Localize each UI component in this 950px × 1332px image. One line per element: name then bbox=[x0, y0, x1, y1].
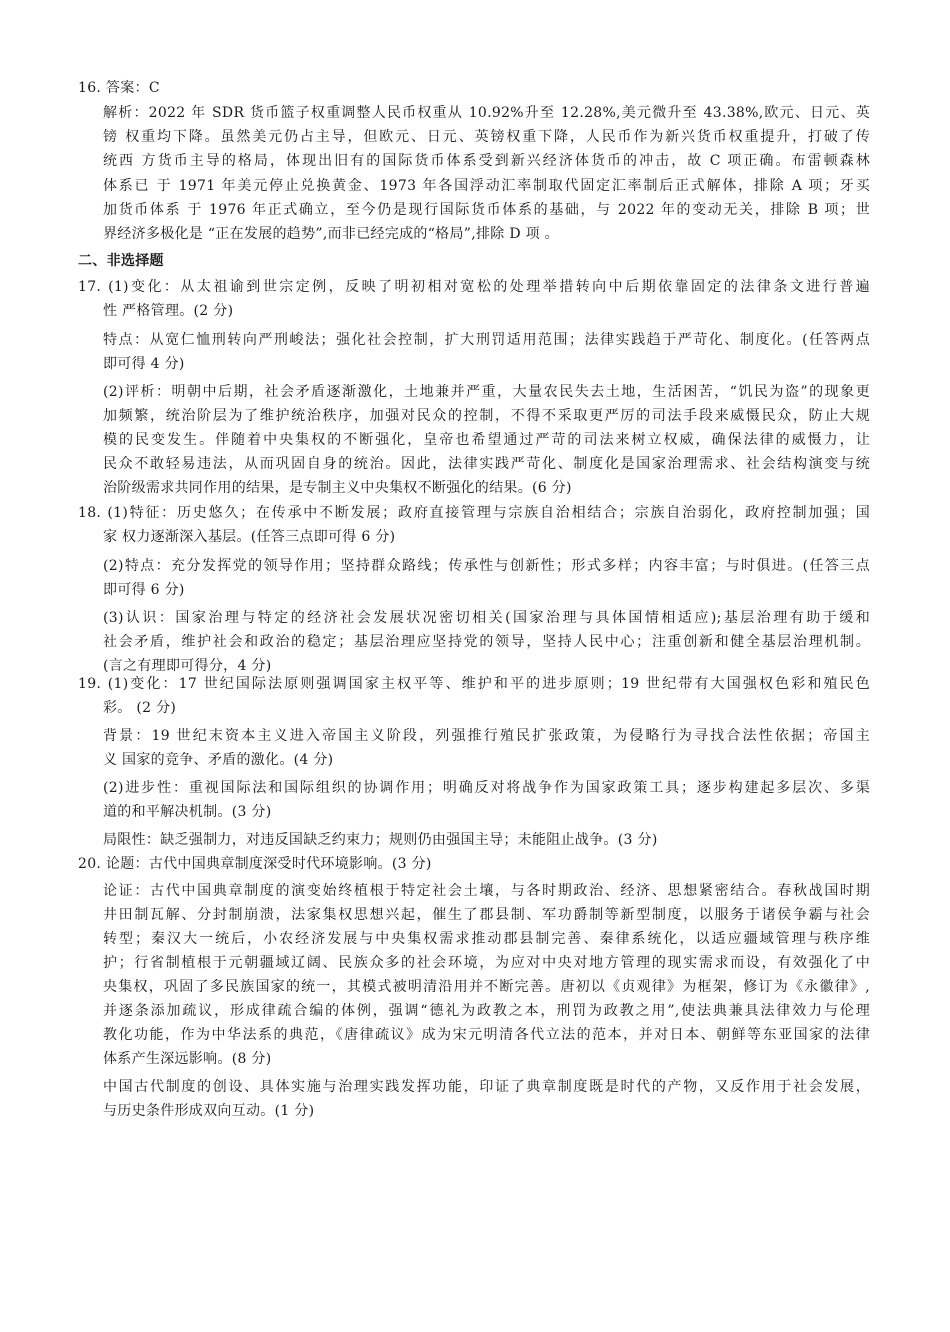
q17-line: 性 严格管理。(2 分) bbox=[103, 301, 233, 321]
q19-line: 道的和平解决机制。(3 分) bbox=[103, 802, 271, 822]
q17-line: 加频繁，统治阶层为了维护统治秩序，加强对民众的控制，不得不采取更严厉的司法手段来… bbox=[103, 406, 870, 426]
q17-line: 民众不敢轻易违法，从而巩固自身的统治。因此，法律实践严苛化、制度化是国家治理需求… bbox=[103, 454, 870, 474]
q19-line: 19. (1)变化：17 世纪国际法原则强调国家主权平等、维护和平的进步原则；1… bbox=[78, 674, 870, 694]
q20-line: 教化功能，作为中华法系的典范，《唐律疏议》成为宋元明清各代立法的范本，并对日本、… bbox=[103, 1025, 870, 1045]
q20-line: 中国古代制度的创设、具体实施与治理实践发挥功能，印证了典章制度既是时代的产物，又… bbox=[103, 1077, 870, 1097]
q20-line: 井田制瓦解、分封制崩溃，法家集权思想兴起，催生了郡县制、军功爵制等新型制度，以服… bbox=[103, 905, 870, 925]
answer-key-page: 16. 答案：C 解析：2022 年 SDR 货币篮子权重调整人民币权重从 10… bbox=[0, 0, 950, 1332]
q19-line: 背景：19 世纪末资本主义进入帝国主义阶段，列强推行殖民扩张政策，为侵略行为寻找… bbox=[103, 726, 870, 746]
q16-line: 镑 权重均下降。虽然美元仍占主导，但欧元、日元、英镑权重下降，人民币作为新兴货币… bbox=[103, 127, 870, 147]
q19-line: (2)进步性：重视国际法和国际组织的协调作用；明确反对将战争作为国家政策工具；逐… bbox=[103, 778, 870, 798]
q20-line: 央集权，巩固了多民族国家的统一，其模式被明清沿用并不断完善。唐初以《贞观律》为框… bbox=[103, 977, 870, 997]
q17-line: 17. (1)变化：从太祖谕到世宗定例，反映了明初相对宽松的处理举措转向中后期依… bbox=[78, 277, 870, 297]
q19-line: 义 国家的竞争、矛盾的激化。(4 分) bbox=[103, 750, 333, 770]
q18-line: (2)特点：充分发挥党的领导作用；坚持群众路线；传承性与创新性；形式多样；内容丰… bbox=[103, 556, 870, 576]
q16-line: 统西 方货币主导的格局，体现出旧有的国际货币体系受到新兴经济体货币的冲击，故 C… bbox=[103, 151, 870, 171]
q18-line: 社会矛盾，维护社会和政治的稳定；基层治理应坚持党的领导，坚持人民中心；注重创新和… bbox=[103, 632, 870, 652]
q20-line: 论证：古代中国典章制度的演变始终植根于特定社会土壤，与各时期政治、经济、思想紧密… bbox=[103, 881, 870, 901]
q20-line: 护；行省制植根于元朝疆域辽阔、民族众多的社会环境，为应对中央对地方管理的现实需求… bbox=[103, 953, 870, 973]
q17-line: 即可得 4 分) bbox=[103, 354, 185, 374]
q18-line: (言之有理即可得分，4 分) bbox=[103, 656, 271, 676]
q17-line: (2)评析：明朝中后期，社会矛盾逐渐激化，土地兼并严重，大量农民失去土地，生活困… bbox=[103, 382, 870, 402]
q16-line: 界经济多极化是 “正在发展的趋势”,而非已经完成的“格局”,排除 D 项 。 bbox=[103, 224, 559, 244]
q20-line: 体系产生深远影响。(8 分) bbox=[103, 1049, 271, 1069]
q20-line: 20. 论题：古代中国典章制度深受时代环境影响。(3 分) bbox=[78, 854, 432, 874]
q18-line: 家 权力逐渐深入基层。(任答三点即可得 6 分) bbox=[103, 527, 395, 547]
q16-title: 16. 答案：C bbox=[78, 78, 160, 98]
q20-line: 转型；秦汉大一统后，小农经济发展与中央集权需求推动郡县制完善、秦律系统化，以适应… bbox=[103, 929, 870, 949]
q18-line: 18. (1)特征：历史悠久；在传承中不断发展；政府直接管理与宗族自治相结合；宗… bbox=[78, 503, 870, 523]
section-heading: 二、非选择题 bbox=[78, 251, 164, 271]
q20-line: 与历史条件形成双向互动。(1 分) bbox=[103, 1101, 314, 1121]
q19-line: 局限性：缺乏强制力，对违反国缺乏约束力；规则仍由强国主导；未能阻止战争。(3 分… bbox=[103, 830, 658, 850]
q17-line: 模的民变发生。伴随着中央集权的不断强化，皇帝也希望通过严苛的司法来树立权威，确保… bbox=[103, 430, 870, 450]
q18-line: 即可得 6 分) bbox=[103, 580, 185, 600]
q19-line: 彩。 (2 分) bbox=[103, 698, 176, 718]
q16-line: 体系已 于 1971 年美元停止兑换黄金、1973 年各国浮动汇率制取代固定汇率… bbox=[103, 176, 870, 196]
q18-line: (3)认识：国家治理与特定的经济社会发展状况密切相关(国家治理与具体国情相适应)… bbox=[103, 608, 870, 628]
q16-line: 解析：2022 年 SDR 货币篮子权重调整人民币权重从 10.92%升至 12… bbox=[103, 103, 870, 123]
q17-line: 治阶级需求共同作用的结果，是专制主义中央集权不断强化的结果。(6 分) bbox=[103, 478, 572, 498]
q16-line: 加货币体系 于 1976 年正式确立，至今仍是现行国际货币体系的基础，与 202… bbox=[103, 200, 870, 220]
q17-line: 特点：从宽仁恤刑转向严刑峻法；强化社会控制，扩大刑罚适用范围；法律实践趋于严苛化… bbox=[103, 330, 870, 350]
q20-line: 并逐条添加疏议，形成律疏合编的体例，强调“德礼为政教之本，刑罚为政教之用”,使法… bbox=[103, 1001, 870, 1021]
